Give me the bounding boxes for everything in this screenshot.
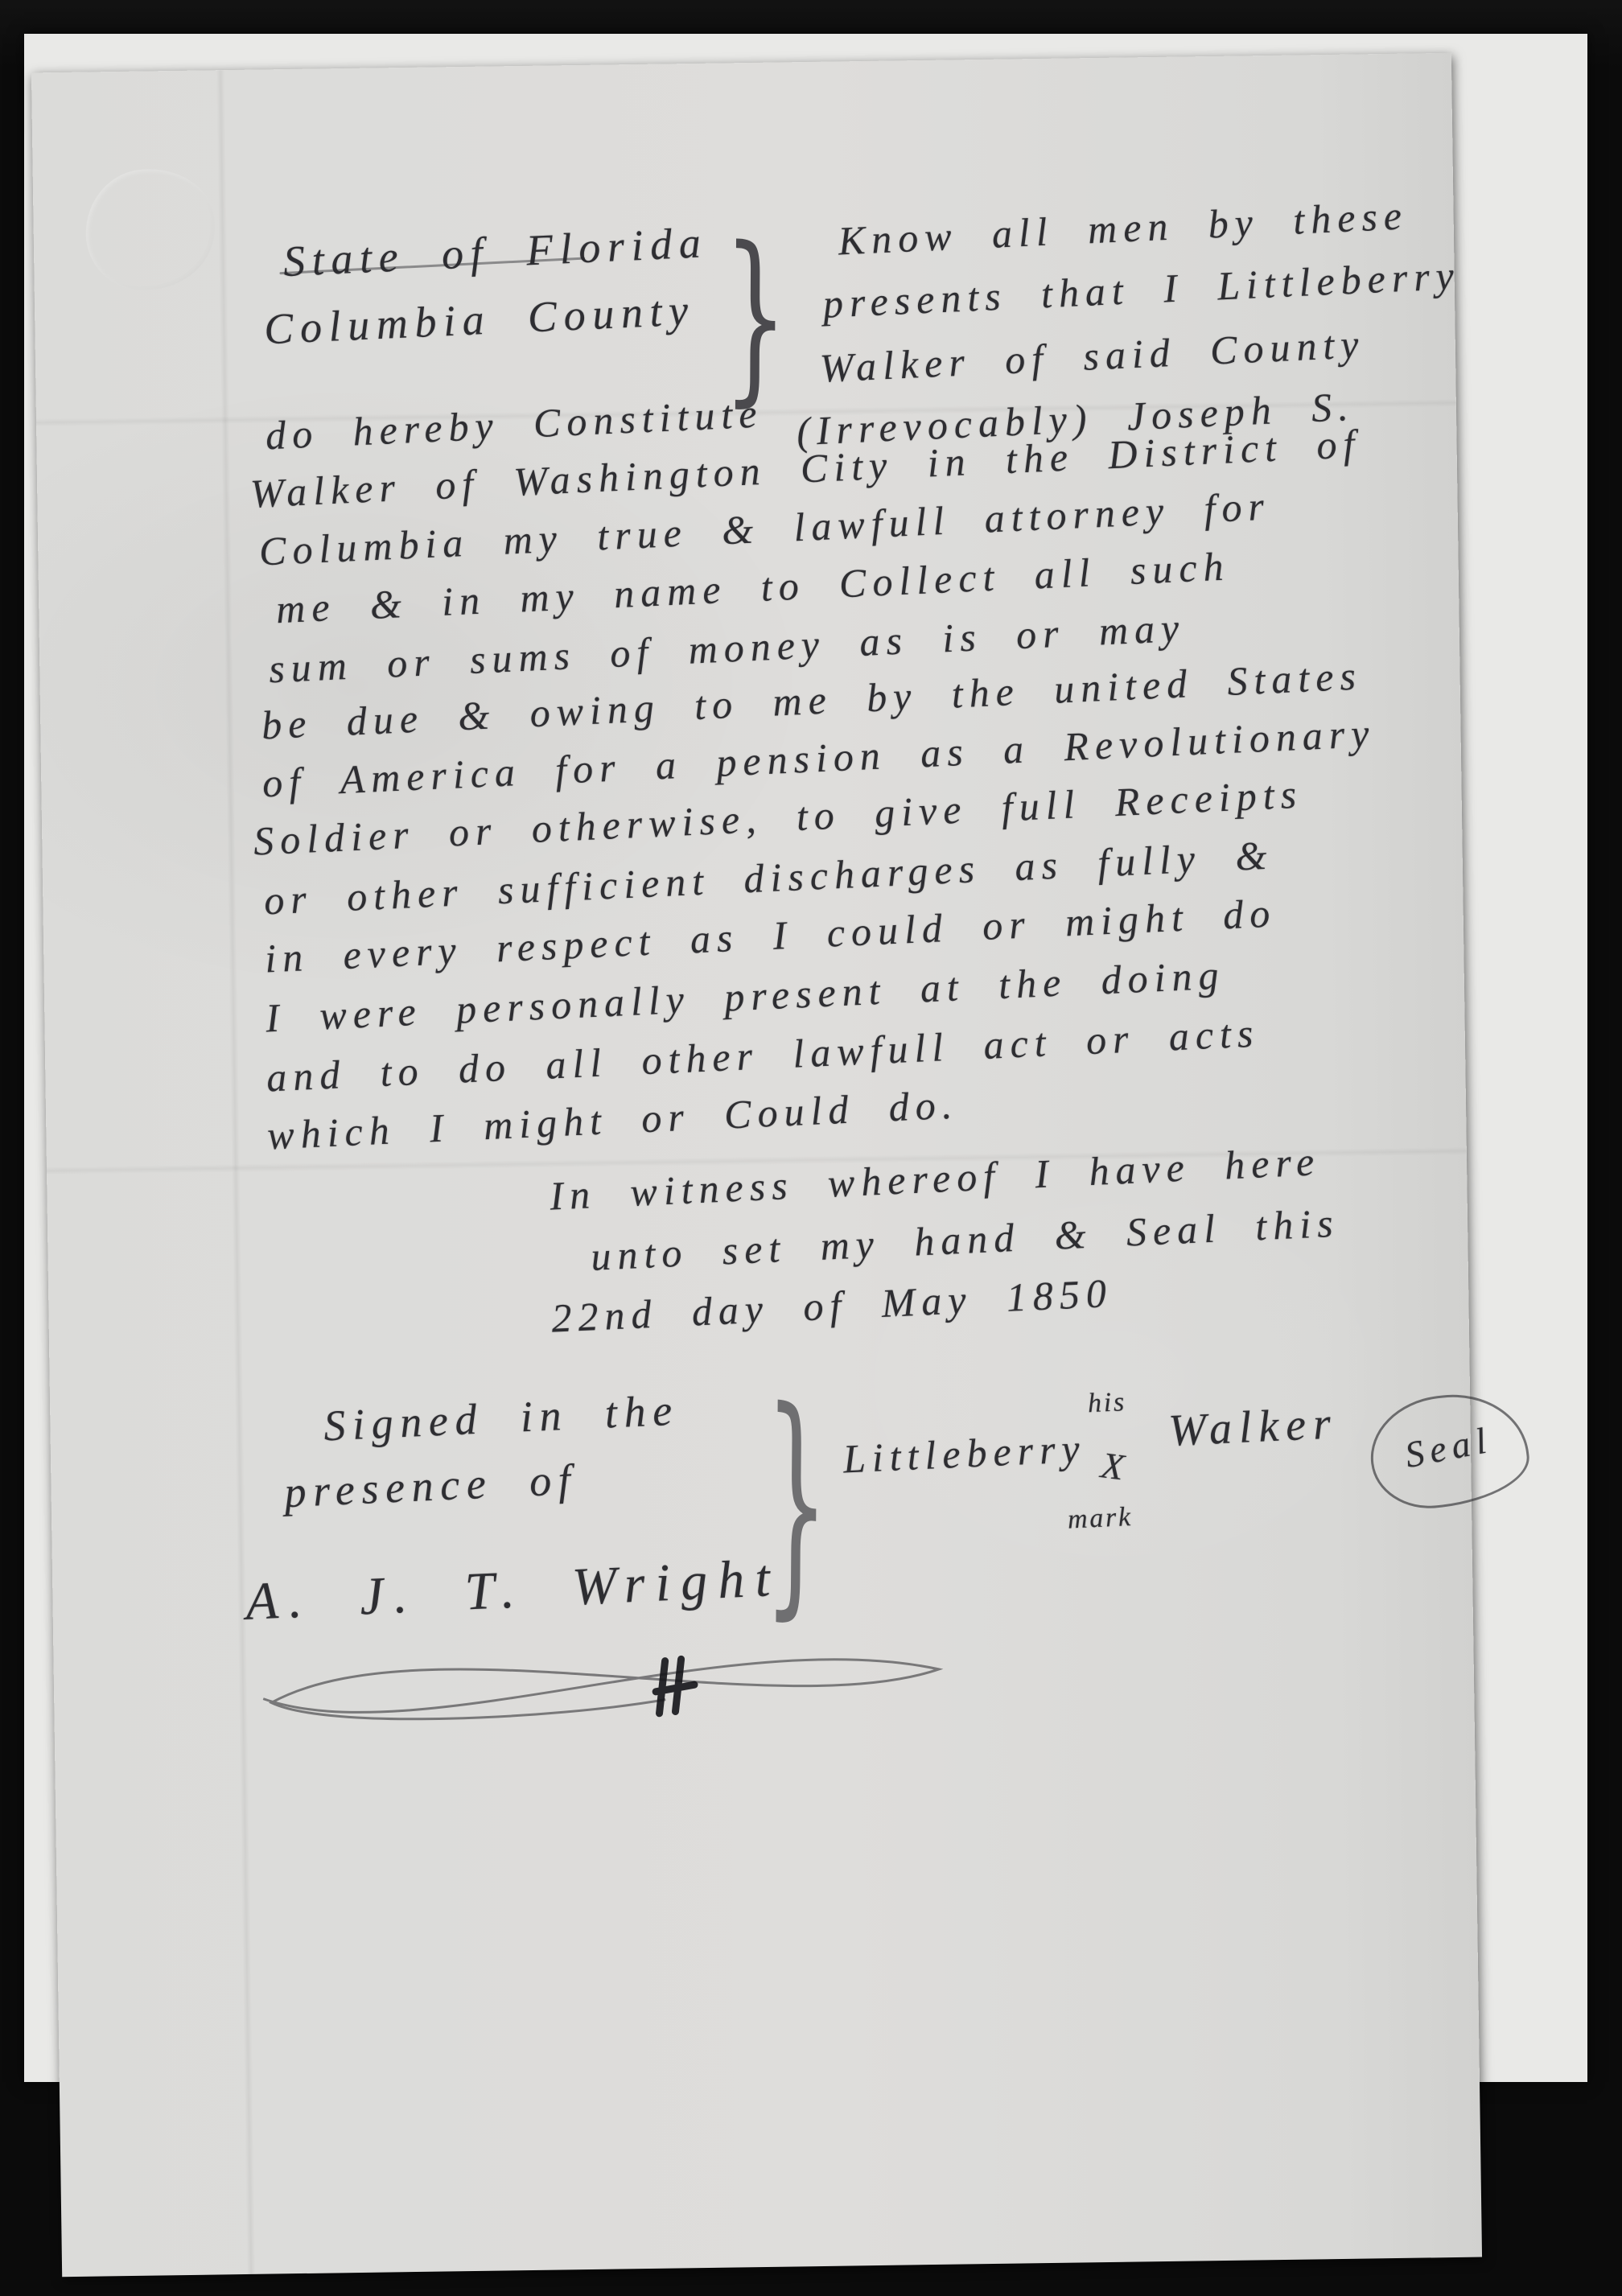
attestation-line-1: Signed in the <box>323 1389 680 1448</box>
embossed-stamp <box>85 168 216 290</box>
attestation-line-2: presence of <box>283 1458 578 1514</box>
opening-line-1: Know all men by these <box>838 195 1409 261</box>
signature-given-name: Littleberry <box>842 1428 1087 1479</box>
opening-line-3: Walker of said County <box>819 323 1366 389</box>
opening-line-2: presents that I Littleberry <box>822 255 1461 324</box>
seal-label: Seal <box>1402 1422 1494 1475</box>
document-sheet: State of Florida Columbia County } Know … <box>31 53 1482 2277</box>
witness-clause-line: In witness whereof I have here <box>549 1141 1321 1216</box>
scanned-document-page: { "heading": { "place_line1": "State of … <box>0 0 1622 2296</box>
heading-state-line: State of Florida <box>282 220 709 283</box>
signature-surname: Walker <box>1167 1401 1339 1453</box>
witness-clause-line: 22nd day of May 1850 <box>550 1273 1113 1339</box>
heading-county-line: Columbia County <box>263 288 696 351</box>
pen-flourish <box>214 1624 1004 1772</box>
opening-line-4-left: do hereby Constitute <box>265 393 764 455</box>
signature-x-mark: X <box>1099 1446 1132 1487</box>
witness-signature: A. J. T. Wright <box>245 1552 782 1629</box>
signature-mark-label: mark <box>1067 1504 1133 1534</box>
signature-his-label: his <box>1087 1389 1126 1418</box>
witness-clause-line: unto set my hand & Seal this <box>590 1203 1340 1277</box>
